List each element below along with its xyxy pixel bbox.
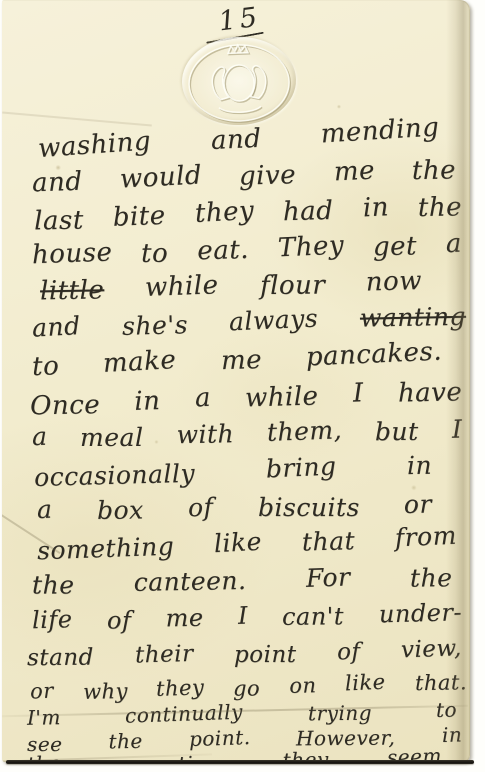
- word: canteen.: [134, 567, 247, 598]
- word: they: [194, 197, 255, 230]
- letter-line: housetoeat.Theygeta: [32, 230, 463, 271]
- word: last: [34, 207, 84, 238]
- word: go: [233, 676, 260, 700]
- word: under-: [378, 599, 462, 629]
- word: something: [37, 533, 175, 567]
- struck-word: little: [40, 276, 105, 307]
- word: trying: [307, 702, 371, 726]
- letter-line: aboxofbiscuitsor: [37, 491, 432, 527]
- letter-line: occasionallybringin: [34, 450, 433, 493]
- word: eat.: [197, 236, 249, 267]
- word: pancakes.: [305, 338, 442, 374]
- word: me: [220, 346, 262, 377]
- word: to: [32, 352, 60, 383]
- word: I: [238, 603, 249, 631]
- word: like: [213, 528, 262, 559]
- word: have: [397, 378, 462, 409]
- word: I: [352, 379, 364, 409]
- word: from: [394, 522, 457, 553]
- word: why: [82, 679, 127, 704]
- word: me: [165, 605, 203, 633]
- word: flour: [260, 272, 326, 302]
- word: that: [302, 527, 356, 557]
- letter-line: standtheirpointofview,: [27, 637, 462, 671]
- word: the: [409, 564, 452, 593]
- word: point.: [188, 726, 250, 751]
- word: meal: [80, 424, 143, 453]
- word: They: [277, 231, 344, 264]
- word: but: [375, 418, 419, 447]
- word: the: [412, 156, 457, 187]
- struck-word: wanting: [360, 303, 467, 334]
- word: can't: [282, 603, 344, 631]
- word: with: [176, 420, 234, 450]
- word: or: [404, 491, 433, 520]
- word: the: [418, 193, 463, 224]
- word: while: [244, 382, 318, 414]
- word: always: [229, 304, 319, 337]
- word: them,: [267, 416, 343, 447]
- word: make: [102, 346, 177, 380]
- word: house: [32, 238, 113, 271]
- word: and: [31, 312, 81, 343]
- word: view,: [401, 635, 463, 664]
- letter-line: thecanteen.Forthe: [32, 563, 452, 599]
- word: they: [156, 675, 205, 701]
- word: mending: [320, 113, 440, 150]
- letter-line: somethinglikethatfrom: [37, 523, 458, 566]
- word: give: [239, 161, 297, 192]
- word: the: [108, 730, 143, 754]
- word: For: [305, 563, 350, 593]
- letter-page: 15: [2, 0, 470, 762]
- word: I: [451, 416, 462, 445]
- word: point: [234, 642, 296, 668]
- letter-body: washingandmendingandwouldgivemethelastbi…: [2, 0, 470, 762]
- word: biscuits: [258, 494, 360, 523]
- word: now: [365, 267, 422, 298]
- word: would: [119, 161, 203, 195]
- word: that.: [415, 670, 468, 695]
- word: and: [32, 168, 83, 200]
- word: bite: [112, 202, 166, 234]
- word: and: [210, 125, 262, 157]
- photo-bottom-edge: [6, 760, 474, 764]
- word: to: [436, 698, 458, 722]
- word: me: [333, 157, 375, 189]
- letter-line: tomakemepancakes.: [32, 339, 443, 383]
- letter-line: littlewhileflournow: [40, 267, 423, 307]
- letter-line: OnceinawhileIhave: [30, 376, 463, 421]
- word: I'm: [27, 706, 61, 730]
- word: Once: [30, 391, 101, 422]
- word: get: [373, 232, 417, 263]
- word: like: [345, 670, 387, 696]
- word: she's: [122, 311, 189, 341]
- letter-line: amealwiththem,butI: [32, 416, 462, 452]
- letter-line: lifeofmeIcan'tunder-: [32, 600, 462, 635]
- word: bring: [265, 452, 337, 484]
- word: a: [37, 496, 53, 525]
- word: box: [97, 496, 144, 525]
- word: in: [134, 387, 161, 418]
- word: to: [141, 240, 168, 270]
- word: a: [194, 384, 212, 415]
- word: stand: [27, 645, 94, 672]
- word: the: [32, 572, 74, 601]
- word: a: [445, 230, 462, 260]
- word: of: [107, 608, 131, 636]
- word: had: [283, 197, 334, 228]
- word: continually: [125, 701, 244, 728]
- word: in: [441, 723, 462, 747]
- word: of: [337, 639, 361, 666]
- letter-photograph: 15: [0, 0, 485, 772]
- word: a: [32, 423, 48, 452]
- word: washing: [37, 127, 152, 165]
- word: or: [30, 679, 55, 704]
- word: life: [32, 606, 73, 635]
- word: of: [188, 494, 214, 523]
- word: in: [362, 193, 389, 224]
- letter-line: lastbitetheyhadinthe: [34, 192, 463, 237]
- word: in: [407, 452, 433, 481]
- word: on: [289, 673, 317, 698]
- word: while: [145, 271, 220, 303]
- word: occasionally: [34, 460, 196, 493]
- word: their: [134, 641, 193, 669]
